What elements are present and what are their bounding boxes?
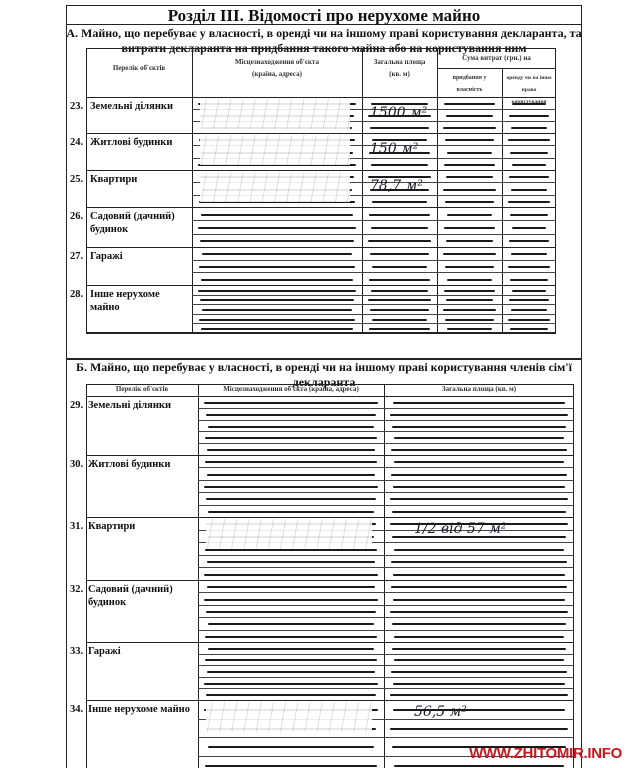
sub-row-line bbox=[198, 605, 384, 606]
blank-dash bbox=[198, 227, 356, 229]
blank-dash bbox=[392, 511, 566, 513]
sub-row-line bbox=[502, 109, 556, 110]
blank-dash bbox=[510, 152, 548, 154]
blank-dash bbox=[208, 746, 374, 748]
sub-row-line bbox=[192, 234, 362, 235]
sub-row-line bbox=[192, 260, 362, 261]
sub-row-line bbox=[362, 323, 437, 324]
sub-row-line bbox=[502, 121, 556, 122]
sub-row-line bbox=[502, 220, 556, 221]
blank-dash bbox=[372, 319, 427, 321]
site-watermark: WWW.ZHITOMIR.INFO bbox=[469, 745, 622, 762]
sub-row-line bbox=[198, 408, 384, 409]
blank-dash bbox=[200, 299, 354, 301]
row-number: 30. bbox=[70, 459, 83, 470]
blank-dash bbox=[443, 189, 496, 191]
sub-row-line bbox=[384, 719, 574, 720]
part-a-col-rent-line1: оренду чи на інше право bbox=[502, 72, 556, 96]
redacted-address bbox=[206, 702, 372, 732]
blank-dash bbox=[208, 623, 374, 625]
sub-row-line bbox=[437, 314, 502, 315]
part-a-col-area-line2: (кв. м) bbox=[362, 68, 437, 80]
blank-dash bbox=[445, 266, 494, 268]
blank-dash bbox=[207, 561, 375, 563]
part-a-col-area: Загальна площа (кв. м) bbox=[362, 56, 437, 80]
row-label: Квартири bbox=[88, 520, 194, 533]
sub-row-line bbox=[384, 567, 574, 568]
sub-row-line bbox=[198, 617, 384, 618]
blank-dash bbox=[510, 328, 548, 330]
blank-dash bbox=[208, 511, 374, 513]
blank-dash bbox=[443, 309, 496, 311]
sub-row-line bbox=[192, 272, 362, 273]
sub-row-line bbox=[437, 220, 502, 221]
blank-dash bbox=[444, 103, 495, 105]
blank-dash bbox=[393, 486, 565, 488]
blank-dash bbox=[208, 648, 374, 650]
blank-dash bbox=[199, 266, 355, 268]
blank-dash bbox=[391, 474, 567, 476]
blank-dash bbox=[390, 694, 568, 696]
part-a-col-objects: Перелік об'єктів bbox=[86, 62, 192, 74]
sub-row-line bbox=[502, 260, 556, 261]
sub-row-line bbox=[198, 567, 384, 568]
row-number: 32. bbox=[70, 584, 83, 595]
part-a-col-location: Місцезнаходження об'єкта (країна, адреса… bbox=[192, 56, 362, 80]
blank-dash bbox=[443, 127, 496, 129]
redacted-address bbox=[200, 172, 350, 202]
blank-dash bbox=[207, 586, 375, 588]
blank-dash bbox=[206, 414, 376, 416]
blank-dash bbox=[390, 611, 568, 613]
blank-dash bbox=[204, 402, 378, 404]
part-a-col-rent-line2: користування bbox=[502, 96, 556, 108]
blank-dash bbox=[201, 328, 353, 330]
blank-dash bbox=[368, 240, 431, 242]
redacted-address bbox=[200, 99, 350, 129]
blank-dash bbox=[512, 103, 546, 105]
handwritten-area: 56,5 м² bbox=[414, 704, 467, 720]
sub-row-line bbox=[502, 304, 556, 305]
sub-row-line bbox=[384, 505, 574, 506]
blank-dash bbox=[509, 176, 549, 178]
row-number: 33. bbox=[70, 646, 83, 657]
blank-dash bbox=[205, 636, 377, 638]
blank-dash bbox=[390, 414, 568, 416]
blank-dash bbox=[512, 164, 546, 166]
row-number: 24. bbox=[70, 137, 83, 148]
part-b-heading-line1: Б. Майно, що перебуває у власності, в ор… bbox=[66, 360, 582, 375]
part-a-heading-line1: А. Майно, що перебуває у власності, в ор… bbox=[66, 26, 582, 41]
blank-dash bbox=[204, 683, 378, 685]
row-label: Житлові будинки bbox=[90, 136, 188, 149]
blank-dash bbox=[446, 176, 493, 178]
section-title: Розділ III. Відомості про нерухоме майно bbox=[66, 6, 582, 26]
sub-row-line bbox=[198, 592, 384, 593]
sub-row-line bbox=[384, 737, 574, 738]
part-a-col-purchase-line2: власність bbox=[437, 84, 502, 96]
blank-dash bbox=[205, 659, 377, 661]
part-a-col-purchase: придбання у власність bbox=[437, 72, 502, 96]
row-number: 29. bbox=[70, 400, 83, 411]
blank-dash bbox=[207, 474, 375, 476]
sub-row-line bbox=[362, 158, 437, 159]
blank-dash bbox=[205, 437, 377, 439]
row-number: 28. bbox=[70, 289, 83, 300]
blank-dash bbox=[198, 290, 356, 292]
blank-dash bbox=[391, 671, 567, 673]
blank-dash bbox=[509, 299, 549, 301]
row-number: 23. bbox=[70, 101, 83, 112]
sub-row-line bbox=[192, 314, 362, 315]
part-a-subheader-line bbox=[437, 68, 556, 69]
sub-row-line bbox=[384, 617, 574, 618]
blank-dash bbox=[370, 309, 429, 311]
blank-dash bbox=[511, 253, 547, 255]
sub-row-line bbox=[198, 420, 384, 421]
blank-dash bbox=[394, 549, 564, 551]
part-b-col-area: Загальна площа (кв. м) bbox=[384, 383, 574, 395]
blank-dash bbox=[393, 402, 565, 404]
row-divider bbox=[86, 285, 556, 286]
sub-row-line bbox=[192, 304, 362, 305]
blank-dash bbox=[444, 227, 495, 229]
blank-dash bbox=[201, 279, 353, 281]
blank-dash bbox=[447, 279, 492, 281]
sub-row-line bbox=[384, 542, 574, 543]
sub-row-line bbox=[384, 443, 574, 444]
sub-row-line bbox=[362, 234, 437, 235]
sub-row-line bbox=[384, 420, 574, 421]
sub-row-line bbox=[502, 234, 556, 235]
blank-dash bbox=[508, 139, 550, 141]
redacted-address bbox=[206, 519, 372, 549]
sub-row-line bbox=[437, 260, 502, 261]
sub-row-line bbox=[384, 408, 574, 409]
part-a-header-bottom bbox=[86, 97, 556, 98]
row-divider bbox=[86, 517, 574, 518]
sub-row-line bbox=[502, 158, 556, 159]
sub-row-line bbox=[384, 654, 574, 655]
blank-dash bbox=[207, 449, 375, 451]
blank-dash bbox=[394, 659, 564, 661]
sub-row-line bbox=[502, 323, 556, 324]
sub-row-line bbox=[437, 109, 502, 110]
blank-dash bbox=[205, 765, 377, 767]
sub-row-line bbox=[502, 314, 556, 315]
blank-dash bbox=[371, 227, 428, 229]
sub-row-line bbox=[437, 295, 502, 296]
blank-dash bbox=[446, 299, 493, 301]
sub-row-line bbox=[384, 555, 574, 556]
blank-dash bbox=[445, 139, 494, 141]
blank-dash bbox=[508, 266, 550, 268]
blank-dash bbox=[207, 671, 375, 673]
row-label: Земельні ділянки bbox=[90, 100, 188, 113]
row-label: Гаражі bbox=[90, 250, 188, 263]
sub-row-line bbox=[362, 304, 437, 305]
blank-dash bbox=[369, 214, 430, 216]
blank-dash bbox=[370, 253, 429, 255]
part-a-col-divider bbox=[362, 48, 363, 333]
handwritten-area: 1/2 від 57 м² bbox=[414, 521, 506, 537]
row-divider bbox=[86, 580, 574, 581]
row-divider bbox=[86, 333, 556, 334]
blank-dash bbox=[512, 227, 546, 229]
blank-dash bbox=[390, 498, 568, 500]
blank-dash bbox=[391, 449, 567, 451]
part-b-col-location: Місцезнаходження об'єкта (країна, адреса… bbox=[198, 383, 384, 395]
handwritten-area: 78,7 м² bbox=[370, 178, 423, 194]
sub-row-line bbox=[384, 480, 574, 481]
sub-row-line bbox=[198, 480, 384, 481]
row-number: 26. bbox=[70, 211, 83, 222]
row-label: Садовий (дачний) будинок bbox=[88, 583, 194, 609]
part-a-col-location-line2: (країна, адреса) bbox=[192, 68, 362, 80]
part-a-col-location-line1: Місцезнаходження об'єкта bbox=[192, 56, 362, 68]
part-b-col-divider bbox=[198, 384, 199, 768]
part-b-col-objects: Перелік об'єктів bbox=[86, 383, 198, 395]
blank-dash bbox=[204, 599, 378, 601]
blank-dash bbox=[394, 636, 564, 638]
handwritten-area: 150 м² bbox=[370, 141, 418, 157]
sub-row-line bbox=[437, 304, 502, 305]
sub-row-line bbox=[198, 492, 384, 493]
sub-row-line bbox=[198, 431, 384, 432]
blank-dash bbox=[393, 683, 565, 685]
sub-row-line bbox=[437, 158, 502, 159]
blank-dash bbox=[206, 611, 376, 613]
blank-dash bbox=[204, 486, 378, 488]
sub-row-line bbox=[362, 220, 437, 221]
sub-row-line bbox=[198, 505, 384, 506]
blank-dash bbox=[394, 437, 564, 439]
handwritten-area: 1500 м² bbox=[370, 105, 427, 121]
part-a-col-area-line1: Загальна площа bbox=[362, 56, 437, 68]
sub-row-line bbox=[437, 272, 502, 273]
blank-dash bbox=[394, 765, 564, 767]
sub-row-line bbox=[198, 677, 384, 678]
sub-row-line bbox=[437, 323, 502, 324]
blank-dash bbox=[199, 319, 355, 321]
blank-dash bbox=[445, 201, 494, 203]
blank-dash bbox=[390, 728, 568, 730]
blank-dash bbox=[372, 266, 427, 268]
blank-dash bbox=[508, 201, 550, 203]
sub-row-line bbox=[384, 665, 574, 666]
blank-dash bbox=[447, 214, 492, 216]
sub-row-line bbox=[362, 121, 437, 122]
sub-row-line bbox=[192, 295, 362, 296]
row-divider bbox=[86, 455, 574, 456]
blank-dash bbox=[202, 309, 352, 311]
sub-row-line bbox=[384, 677, 574, 678]
row-divider bbox=[86, 642, 574, 643]
sub-row-line bbox=[384, 467, 574, 468]
blank-dash bbox=[206, 694, 376, 696]
row-label: Квартири bbox=[90, 173, 188, 186]
row-divider bbox=[86, 207, 556, 208]
sub-row-line bbox=[198, 665, 384, 666]
blank-dash bbox=[510, 214, 548, 216]
blank-dash bbox=[202, 253, 352, 255]
sub-row-line bbox=[437, 121, 502, 122]
blank-dash bbox=[446, 115, 493, 117]
sub-row-line bbox=[198, 688, 384, 689]
sub-row-line bbox=[198, 555, 384, 556]
row-label: Земельні ділянки bbox=[88, 399, 194, 412]
blank-dash bbox=[447, 328, 492, 330]
sub-row-line bbox=[362, 272, 437, 273]
part-b-header-bottom bbox=[86, 396, 574, 397]
row-label: Гаражі bbox=[88, 645, 194, 658]
blank-dash bbox=[370, 127, 429, 129]
sub-row-line bbox=[502, 145, 556, 146]
row-divider bbox=[86, 700, 574, 701]
blank-dash bbox=[509, 240, 549, 242]
sub-row-line bbox=[362, 314, 437, 315]
blank-dash bbox=[512, 290, 546, 292]
blank-dash bbox=[205, 549, 377, 551]
blank-dash bbox=[444, 164, 495, 166]
sub-row-line bbox=[198, 630, 384, 631]
sub-row-line bbox=[198, 654, 384, 655]
part-a-col-expenses: Сума витрат (грн.) на bbox=[437, 52, 556, 64]
blank-dash bbox=[369, 279, 430, 281]
row-divider bbox=[86, 170, 556, 171]
blank-dash bbox=[511, 127, 547, 129]
row-divider bbox=[86, 247, 556, 248]
blank-dash bbox=[205, 461, 377, 463]
sub-row-line bbox=[362, 295, 437, 296]
blank-dash bbox=[371, 164, 428, 166]
blank-dash bbox=[444, 290, 495, 292]
sub-row-line bbox=[198, 467, 384, 468]
blank-dash bbox=[371, 290, 428, 292]
part-b-col-divider bbox=[384, 384, 385, 768]
blank-dash bbox=[369, 328, 430, 330]
sub-row-line bbox=[198, 443, 384, 444]
sub-row-line bbox=[384, 592, 574, 593]
sub-row-line bbox=[384, 492, 574, 493]
redacted-address bbox=[200, 135, 350, 165]
blank-dash bbox=[510, 279, 548, 281]
sub-row-line bbox=[437, 234, 502, 235]
sub-row-line bbox=[437, 182, 502, 183]
blank-dash bbox=[393, 574, 565, 576]
sub-row-line bbox=[362, 260, 437, 261]
row-divider bbox=[86, 133, 556, 134]
blank-dash bbox=[445, 319, 494, 321]
row-label: Інше нерухоме майно bbox=[90, 288, 188, 314]
sub-row-line bbox=[362, 195, 437, 196]
sub-row-line bbox=[198, 737, 384, 738]
blank-dash bbox=[443, 253, 496, 255]
row-number: 31. bbox=[70, 521, 83, 532]
sub-row-line bbox=[384, 605, 574, 606]
sub-row-line bbox=[384, 431, 574, 432]
blank-dash bbox=[509, 115, 549, 117]
blank-dash bbox=[372, 201, 427, 203]
blank-dash bbox=[393, 599, 565, 601]
sub-row-line bbox=[384, 688, 574, 689]
blank-dash bbox=[392, 623, 566, 625]
blank-dash bbox=[208, 426, 374, 428]
blank-dash bbox=[447, 152, 492, 154]
sub-row-line bbox=[198, 756, 384, 757]
blank-dash bbox=[391, 586, 567, 588]
blank-dash bbox=[200, 240, 354, 242]
row-number: 25. bbox=[70, 174, 83, 185]
row-number: 34. bbox=[70, 704, 83, 715]
sub-row-line bbox=[192, 220, 362, 221]
blank-dash bbox=[446, 240, 493, 242]
sub-row-line bbox=[502, 182, 556, 183]
blank-dash bbox=[204, 574, 378, 576]
sub-row-line bbox=[502, 195, 556, 196]
part-a-col-divider bbox=[192, 48, 193, 333]
blank-dash bbox=[508, 319, 550, 321]
row-label: Житлові будинки bbox=[88, 458, 194, 471]
blank-dash bbox=[392, 648, 566, 650]
blank-dash bbox=[206, 498, 376, 500]
blank-dash bbox=[391, 561, 567, 563]
sub-row-line bbox=[192, 323, 362, 324]
row-label: Садовий (дачний) будинок bbox=[90, 210, 188, 236]
blank-dash bbox=[511, 309, 547, 311]
row-label: Інше нерухоме майно bbox=[88, 703, 194, 716]
blank-dash bbox=[368, 299, 431, 301]
blank-dash bbox=[201, 214, 353, 216]
blank-dash bbox=[392, 426, 566, 428]
sub-row-line bbox=[502, 295, 556, 296]
blank-dash bbox=[511, 189, 547, 191]
row-number: 27. bbox=[70, 251, 83, 262]
sub-row-line bbox=[384, 630, 574, 631]
blank-dash bbox=[394, 461, 564, 463]
sub-row-line bbox=[502, 272, 556, 273]
part-a-col-purchase-line1: придбання у bbox=[437, 72, 502, 84]
sub-row-line bbox=[437, 145, 502, 146]
sub-row-line bbox=[437, 195, 502, 196]
